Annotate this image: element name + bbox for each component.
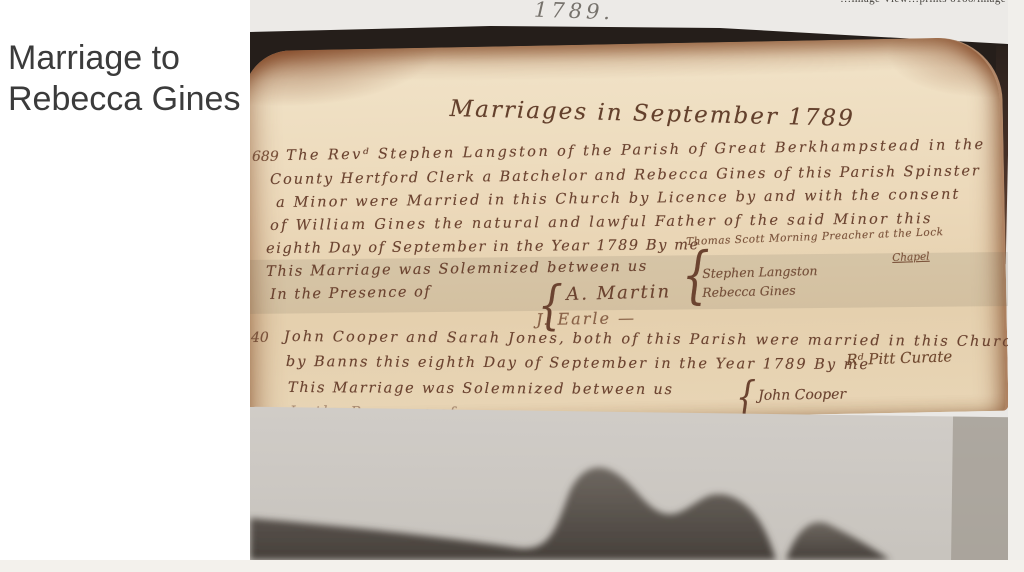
hand-shadow-finger	[786, 522, 890, 560]
entry1-minister-signature-line2: Chapel	[892, 251, 930, 264]
photo-right-margin	[1008, 0, 1024, 560]
entry1-bride-signature: Rebecca Gines	[702, 283, 796, 300]
entry1-witness-1: A. Martin	[566, 281, 671, 305]
bottom-strip	[0, 560, 1024, 572]
entry1-witness-2: J. Earle —	[536, 308, 636, 329]
entry2-solemnized-line: This Marriage was Solemnized between us	[288, 380, 674, 398]
entry2-line2: by Banns this eighth Day of September in…	[286, 354, 870, 373]
entry2-number: 40	[251, 330, 269, 346]
entry1-presence-line: In the Presence of	[270, 284, 431, 303]
printed-caption: …image View…prints 6166/image	[840, 0, 1006, 5]
pencil-year-annotation: 1789.	[534, 0, 615, 24]
slide-title-line2: Rebecca Gines	[8, 79, 240, 120]
hand-shadow-main	[250, 468, 776, 560]
slide-title: Marriage to Rebecca Gines	[8, 38, 240, 120]
slide-canvas: Marriage to Rebecca Gines …image View…pr…	[0, 0, 1024, 572]
entry1-groom-signature: Stephen Langston	[702, 263, 818, 281]
slide-title-line1: Marriage to	[8, 38, 240, 79]
entry2-minister-signature: Rᵈ Pitt Curate	[846, 347, 953, 369]
hand-shadow	[250, 400, 1008, 560]
entry1-number: 689	[252, 149, 279, 165]
register-photo: …image View…prints 6166/image 1789. Marr…	[250, 0, 1008, 560]
